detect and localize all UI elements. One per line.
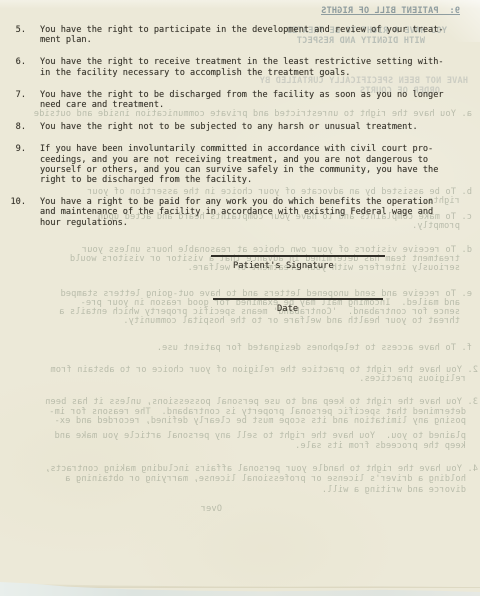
item-number: 5. [10, 25, 26, 45]
scanned-document: 9: PATIENT BILL OF RIGHTSYOU HAVE A RIGH… [0, 0, 480, 596]
rights-item: 8.You have the right not to be subjected… [10, 122, 466, 132]
item-number: 10. [10, 197, 26, 228]
signature-label: Patient's Signature [233, 261, 334, 271]
rights-list: 5.You have the right to participate in t… [10, 25, 466, 228]
item-text: You have the right to receive treatment … [40, 57, 444, 77]
item-text: You have the right not to be subjected t… [40, 122, 418, 132]
paper-page: 9: PATIENT BILL OF RIGHTSYOU HAVE A RIGH… [0, 0, 480, 596]
date-line [213, 298, 383, 300]
rights-item: 10.You have a right to be paid for any w… [10, 197, 466, 228]
item-text: You have the right to be discharged from… [40, 90, 444, 110]
rights-item: 9.If you have been involuntarily committ… [10, 144, 466, 185]
item-text: If you have been involuntarily committed… [40, 144, 438, 185]
rights-item: 6.You have the right to receive treatmen… [10, 57, 466, 77]
rights-item: 5.You have the right to participate in t… [10, 25, 466, 45]
rights-item: 7.You have the right to be discharged fr… [10, 90, 466, 110]
item-number: 6. [10, 57, 26, 77]
signature-line [211, 255, 385, 257]
date-label: Date [277, 304, 298, 314]
item-number: 8. [10, 122, 26, 132]
item-text: You have a right to be paid for any work… [40, 197, 433, 228]
item-number: 7. [10, 90, 26, 110]
item-text: You have the right to participate in the… [40, 25, 444, 45]
item-number: 9. [10, 144, 26, 185]
